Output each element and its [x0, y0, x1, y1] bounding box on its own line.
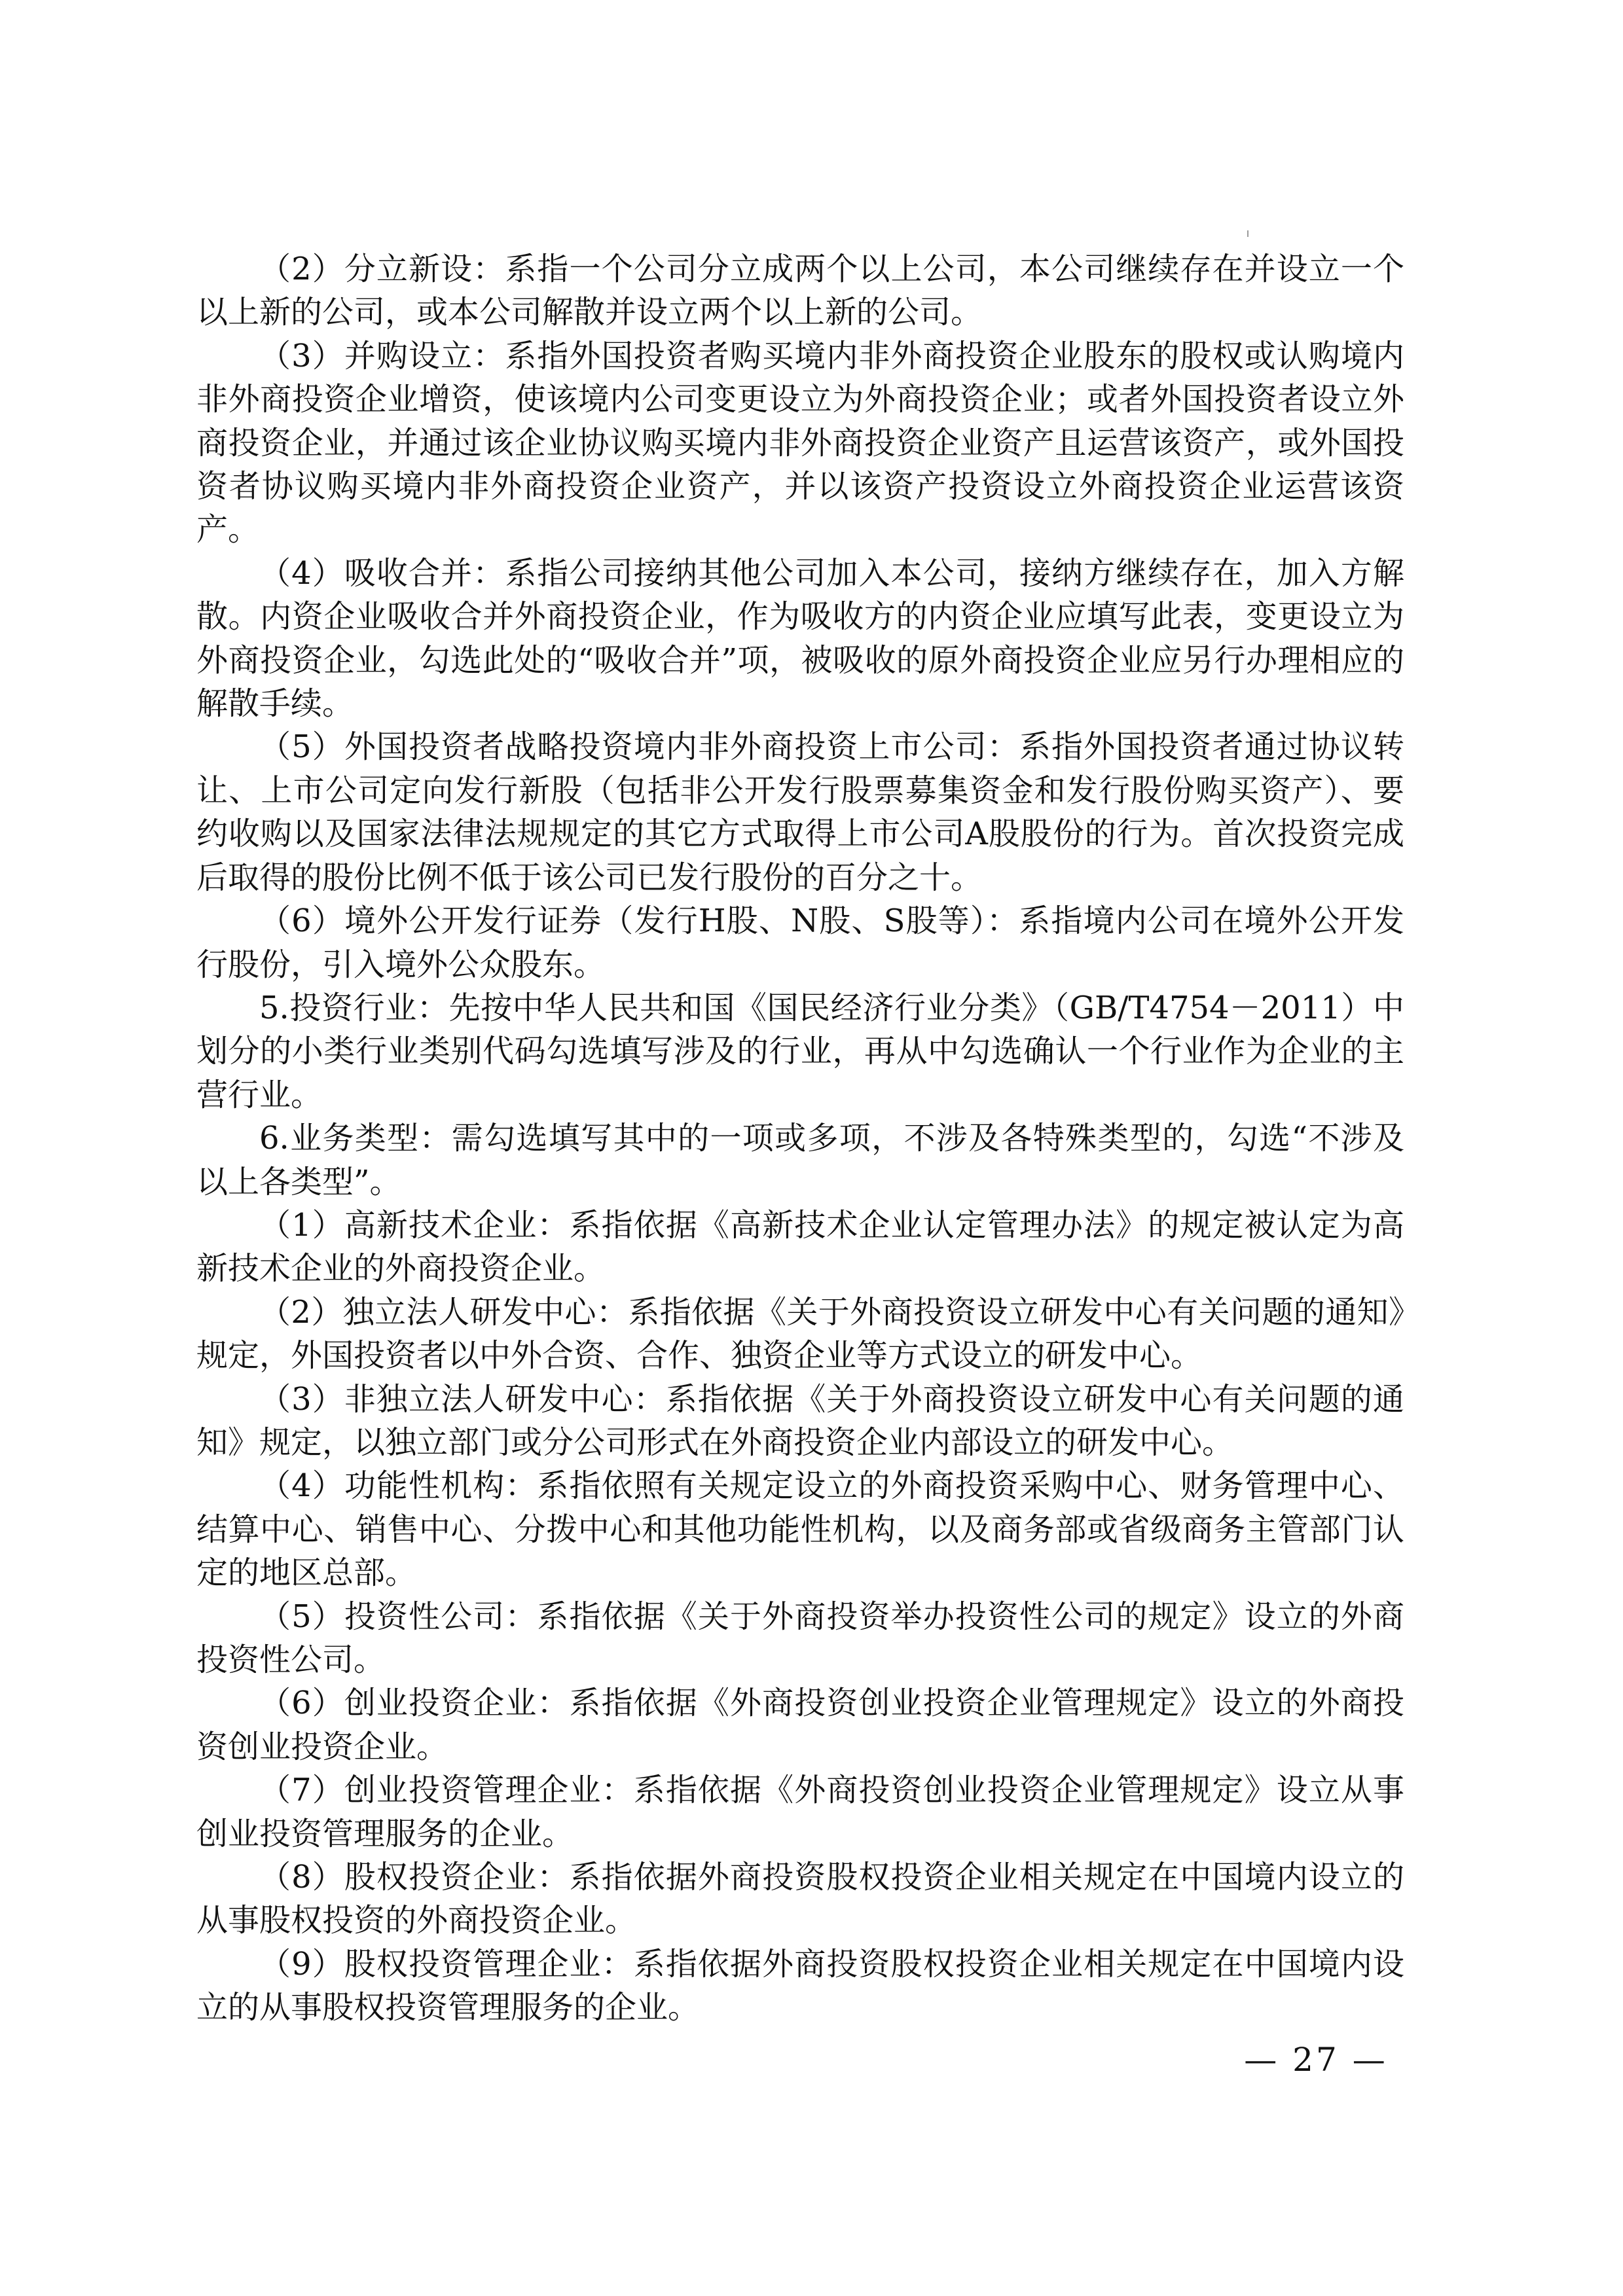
- paragraph-overseas-securities: （6）境外公开发行证券（发行H股、N股、S股等）：系指境内公司在境外公开发行股份…: [196, 899, 1404, 986]
- paragraph-split-establishment: （2）分立新设：系指一个公司分立成两个以上公司，本公司继续存在并设立一个以上新的…: [196, 247, 1404, 334]
- paragraph-equity-investment-management: （9）股权投资管理企业：系指依据外商投资股权投资企业相关规定在中国境内设立的从事…: [196, 1943, 1404, 2030]
- paragraph-investment-industry: 5.投资行业：先按中华人民共和国《国民经济行业分类》（GB/T4754－2011…: [196, 986, 1404, 1117]
- paragraph-high-tech-enterprise: （1）高新技术企业：系指依据《高新技术企业认定管理办法》的规定被认定为高新技术企…: [196, 1204, 1404, 1291]
- document-body: （2）分立新设：系指一个公司分立成两个以上公司，本公司继续存在并设立一个以上新的…: [196, 247, 1404, 2030]
- paragraph-non-independent-rd-center: （3）非独立法人研发中心：系指依据《关于外商投资设立研发中心有关问题的通知》规定…: [196, 1378, 1404, 1465]
- paragraph-functional-institution: （4）功能性机构：系指依照有关规定设立的外商投资采购中心、财务管理中心、结算中心…: [196, 1464, 1404, 1594]
- paragraph-business-type: 6.业务类型：需勾选填写其中的一项或多项，不涉及各特殊类型的，勾选“不涉及以上各…: [196, 1117, 1404, 1204]
- paragraph-venture-capital-management: （7）创业投资管理企业：系指依据《外商投资创业投资企业管理规定》设立从事创业投资…: [196, 1768, 1404, 1856]
- paragraph-strategic-investment: （5）外国投资者战略投资境内非外商投资上市公司：系指外国投资者通过协议转让、上市…: [196, 725, 1404, 899]
- paragraph-absorption-merger: （4）吸收合并：系指公司接纳其他公司加入本公司，接纳方继续存在，加入方解散。内资…: [196, 552, 1404, 726]
- paragraph-investment-company: （5）投资性公司：系指依据《关于外商投资举办投资性公司的规定》设立的外商投资性公…: [196, 1595, 1404, 1682]
- scan-artifact: [1247, 230, 1249, 237]
- paragraph-independent-rd-center: （2）独立法人研发中心：系指依据《关于外商投资设立研发中心有关问题的通知》规定，…: [196, 1291, 1404, 1378]
- paragraph-equity-investment-enterprise: （8）股权投资企业：系指依据外商投资股权投资企业相关规定在中国境内设立的从事股权…: [196, 1856, 1404, 1943]
- paragraph-venture-capital-enterprise: （6）创业投资企业：系指依据《外商投资创业投资企业管理规定》设立的外商投资创业投…: [196, 1681, 1404, 1768]
- paragraph-merger-acquisition: （3）并购设立：系指外国投资者购买境内非外商投资企业股东的股权或认购境内非外商投…: [196, 334, 1404, 552]
- page-number: — 27 —: [1218, 2041, 1414, 2079]
